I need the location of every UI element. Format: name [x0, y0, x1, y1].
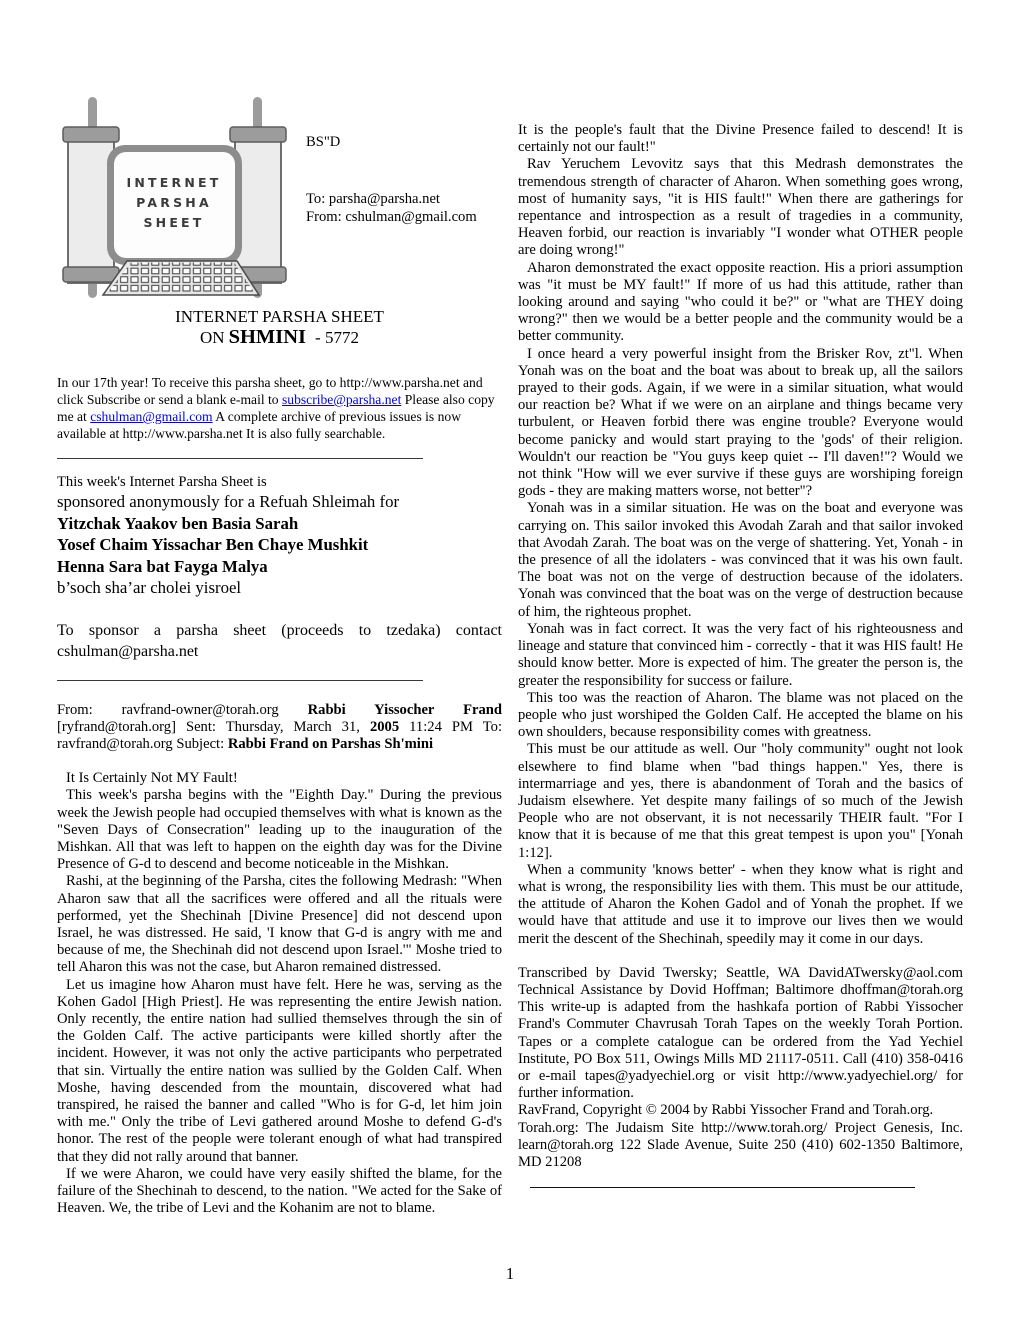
contact-line: To sponsor a parsha sheet (proceeds to t… [57, 620, 502, 641]
subtitle-year: - 5772 [315, 328, 359, 347]
from-line: From: cshulman@gmail.com [306, 208, 477, 226]
logo-text-line: PARSHA [136, 195, 212, 210]
sponsor-dedication: sponsored anonymously for a Refuah Shlei… [57, 491, 502, 513]
page-number: 1 [0, 1264, 1020, 1284]
contact-email: cshulman@parsha.net [57, 641, 502, 662]
paragraph: This must be our attitude as well. Our "… [518, 741, 963, 861]
to-from-block: To: parsha@parsha.net From: cshulman@gma… [306, 190, 477, 226]
paragraph: Let us imagine how Aharon must have felt… [57, 977, 502, 1166]
masthead: INTERNET PARSHA SHEET BS"D To: parsha@pa… [57, 95, 502, 300]
email-year: 2005 [370, 719, 399, 735]
paragraph: It is the people's fault that the Divine… [518, 122, 963, 156]
sponsor-blessing: b’soch sha’ar cholei yisroel [57, 577, 502, 599]
paragraph: This too was the reaction of Aharon. The… [518, 690, 963, 742]
divider [530, 1187, 915, 1188]
bsd-label: BS"D [306, 133, 477, 151]
logo-text-line: SHEET [143, 215, 204, 230]
article-heading: It Is Certainly Not MY Fault! [57, 770, 502, 787]
email-header: From: ravfrand-owner@torah.org Rabbi Yis… [57, 702, 502, 754]
paragraph: I once heard a very powerful insight fro… [518, 346, 963, 501]
sponsor-block: This week's Internet Parsha Sheet is spo… [57, 473, 502, 599]
masthead-addresses: BS"D To: parsha@parsha.net From: cshulma… [292, 95, 477, 300]
publisher-line: Torah.org: The Judaism Site http://www.t… [518, 1120, 963, 1172]
two-column-layout: INTERNET PARSHA SHEET BS"D To: parsha@pa… [0, 0, 1020, 1217]
subscription-paragraph: In our 17th year! To receive this parsha… [57, 374, 502, 442]
email-subject: Rabbi Frand on Parshas Sh'mini [228, 736, 433, 752]
paragraph: This week's parsha begins with the "Eigh… [57, 787, 502, 873]
copyright-line: RavFrand, Copyright © 2004 by Rabbi Yiss… [518, 1102, 963, 1119]
left-column: INTERNET PARSHA SHEET BS"D To: parsha@pa… [57, 95, 502, 1217]
author-name: Rabbi Yissocher Frand [308, 702, 502, 718]
paragraph: Yonah was in a similar situation. He was… [518, 500, 963, 620]
title-line: INTERNET PARSHA SHEET [57, 306, 502, 327]
sponsor-name: Yitzchak Yaakov ben Basia Sarah [57, 513, 502, 535]
parsha-name: SHMINI [229, 326, 306, 348]
right-column: It is the people's fault that the Divine… [518, 95, 963, 1217]
divider [57, 458, 423, 459]
to-line: To: parsha@parsha.net [306, 190, 477, 208]
sponsor-contact: To sponsor a parsha sheet (proceeds to t… [57, 620, 502, 662]
subscribe-link[interactable]: subscribe@parsha.net [282, 392, 401, 407]
subtitle-line: ONSHMINI- 5772 [57, 327, 502, 348]
logo-text-line: INTERNET [127, 175, 222, 190]
paragraph: Yonah was in fact correct. It was the ve… [518, 621, 963, 690]
sponsor-name: Henna Sara bat Fayga Malya [57, 556, 502, 578]
paragraph: Aharon demonstrated the exact opposite r… [518, 260, 963, 346]
paragraph: Rashi, at the beginning of the Parsha, c… [57, 873, 502, 976]
credits-paragraph: Transcribed by David Twersky; Seattle, W… [518, 965, 963, 1103]
torah-scroll-computer-icon: INTERNET PARSHA SHEET [57, 95, 292, 300]
document-title: INTERNET PARSHA SHEET ONSHMINI- 5772 [57, 306, 502, 348]
sponsor-intro: This week's Internet Parsha Sheet is [57, 473, 502, 491]
paragraph: When a community 'knows better' - when t… [518, 862, 963, 948]
divider [57, 680, 423, 681]
internet-parsha-logo: INTERNET PARSHA SHEET [57, 95, 292, 300]
email-header-text: [ryfrand@torah.org] Sent: Thursday, Marc… [57, 719, 370, 735]
gmail-link[interactable]: cshulman@gmail.com [90, 409, 212, 424]
paragraph: Rav Yeruchem Levovitz says that this Med… [518, 156, 963, 259]
document-page: INTERNET PARSHA SHEET BS"D To: parsha@pa… [0, 0, 1020, 1320]
sponsor-name: Yosef Chaim Yissachar Ben Chaye Mushkit [57, 534, 502, 556]
paragraph: If we were Aharon, we could have very ea… [57, 1166, 502, 1218]
subtitle-on: ON [200, 328, 225, 347]
email-header-text: From: ravfrand-owner@torah.org [57, 702, 308, 718]
